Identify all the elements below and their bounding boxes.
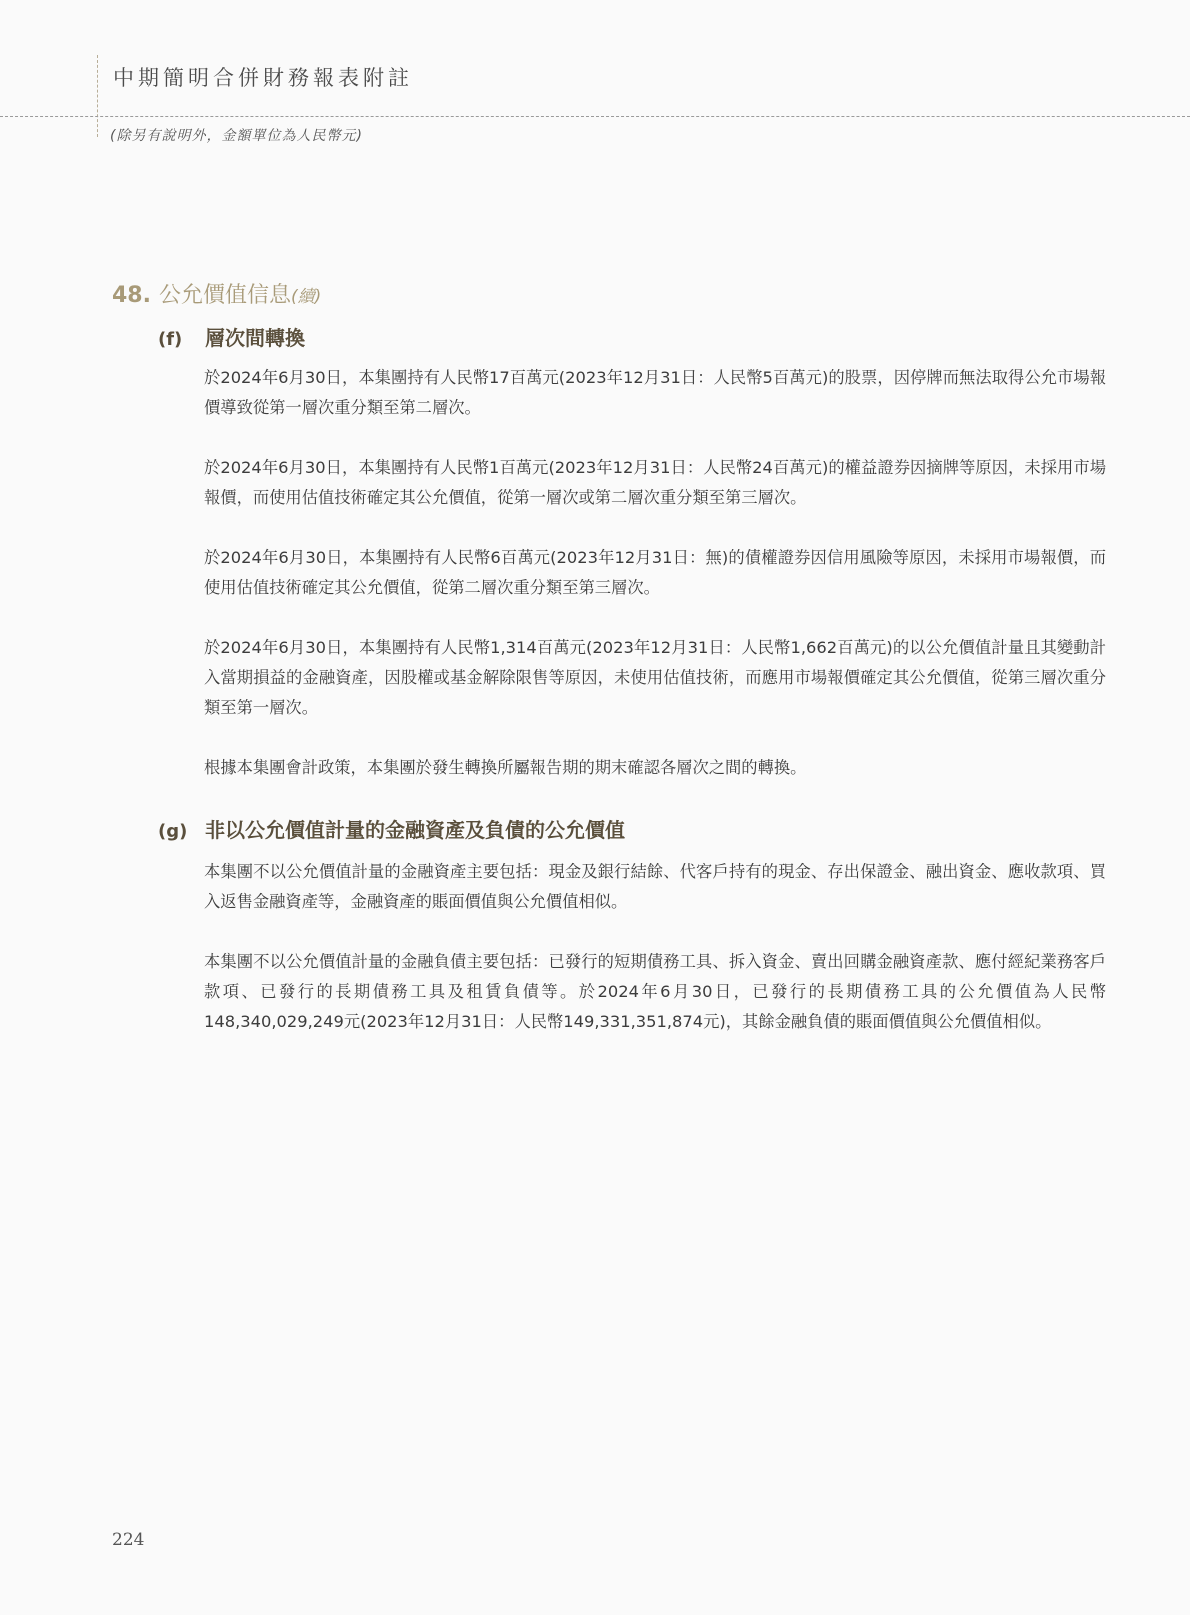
- header-vertical-dashed-rule: [97, 55, 98, 137]
- paragraph: 根據本集團會計政策，本集團於發生轉換所屬報告期的期末確認各層次之間的轉換。: [204, 753, 1106, 783]
- subsection-title: 非以公允價值計量的金融資產及負債的公允價值: [205, 814, 625, 843]
- paragraph: 本集團不以公允價值計量的金融負債主要包括：已發行的短期債務工具、拆入資金、賣出回…: [204, 947, 1106, 1037]
- paragraph: 本集團不以公允價值計量的金融資產主要包括：現金及銀行結餘、代客戶持有的現金、存出…: [204, 857, 1106, 917]
- header-horizontal-dashed-rule: [0, 116, 1190, 117]
- section-continued-label: (續): [291, 287, 321, 307]
- section-heading: 48.公允價值信息(續): [112, 278, 321, 309]
- paragraph: 於2024年6月30日，本集團持有人民幣6百萬元(2023年12月31日：無)的…: [204, 543, 1106, 603]
- section-title: 公允價值信息: [159, 283, 291, 308]
- paragraph: 於2024年6月30日，本集團持有人民幣1百萬元(2023年12月31日：人民幣…: [204, 453, 1106, 513]
- page-number: 224: [112, 1530, 144, 1550]
- subsection-heading-g: (g) 非以公允價值計量的金融資產及負債的公允價值: [158, 814, 625, 843]
- paragraph: 於2024年6月30日，本集團持有人民幣1,314百萬元(2023年12月31日…: [204, 633, 1106, 723]
- subsection-title: 層次間轉換: [205, 322, 305, 351]
- running-header-subtitle: (除另有說明外，金額單位為人民幣元): [110, 125, 363, 145]
- subsection-heading-f: (f) 層次間轉換: [158, 322, 305, 351]
- subsection-letter: (g): [158, 821, 205, 842]
- paragraph: 於2024年6月30日，本集團持有人民幣17百萬元(2023年12月31日：人民…: [204, 363, 1106, 423]
- section-number: 48.: [112, 283, 151, 308]
- running-header-title: 中期簡明合併財務報表附註: [113, 62, 413, 92]
- subsection-letter: (f): [158, 329, 205, 350]
